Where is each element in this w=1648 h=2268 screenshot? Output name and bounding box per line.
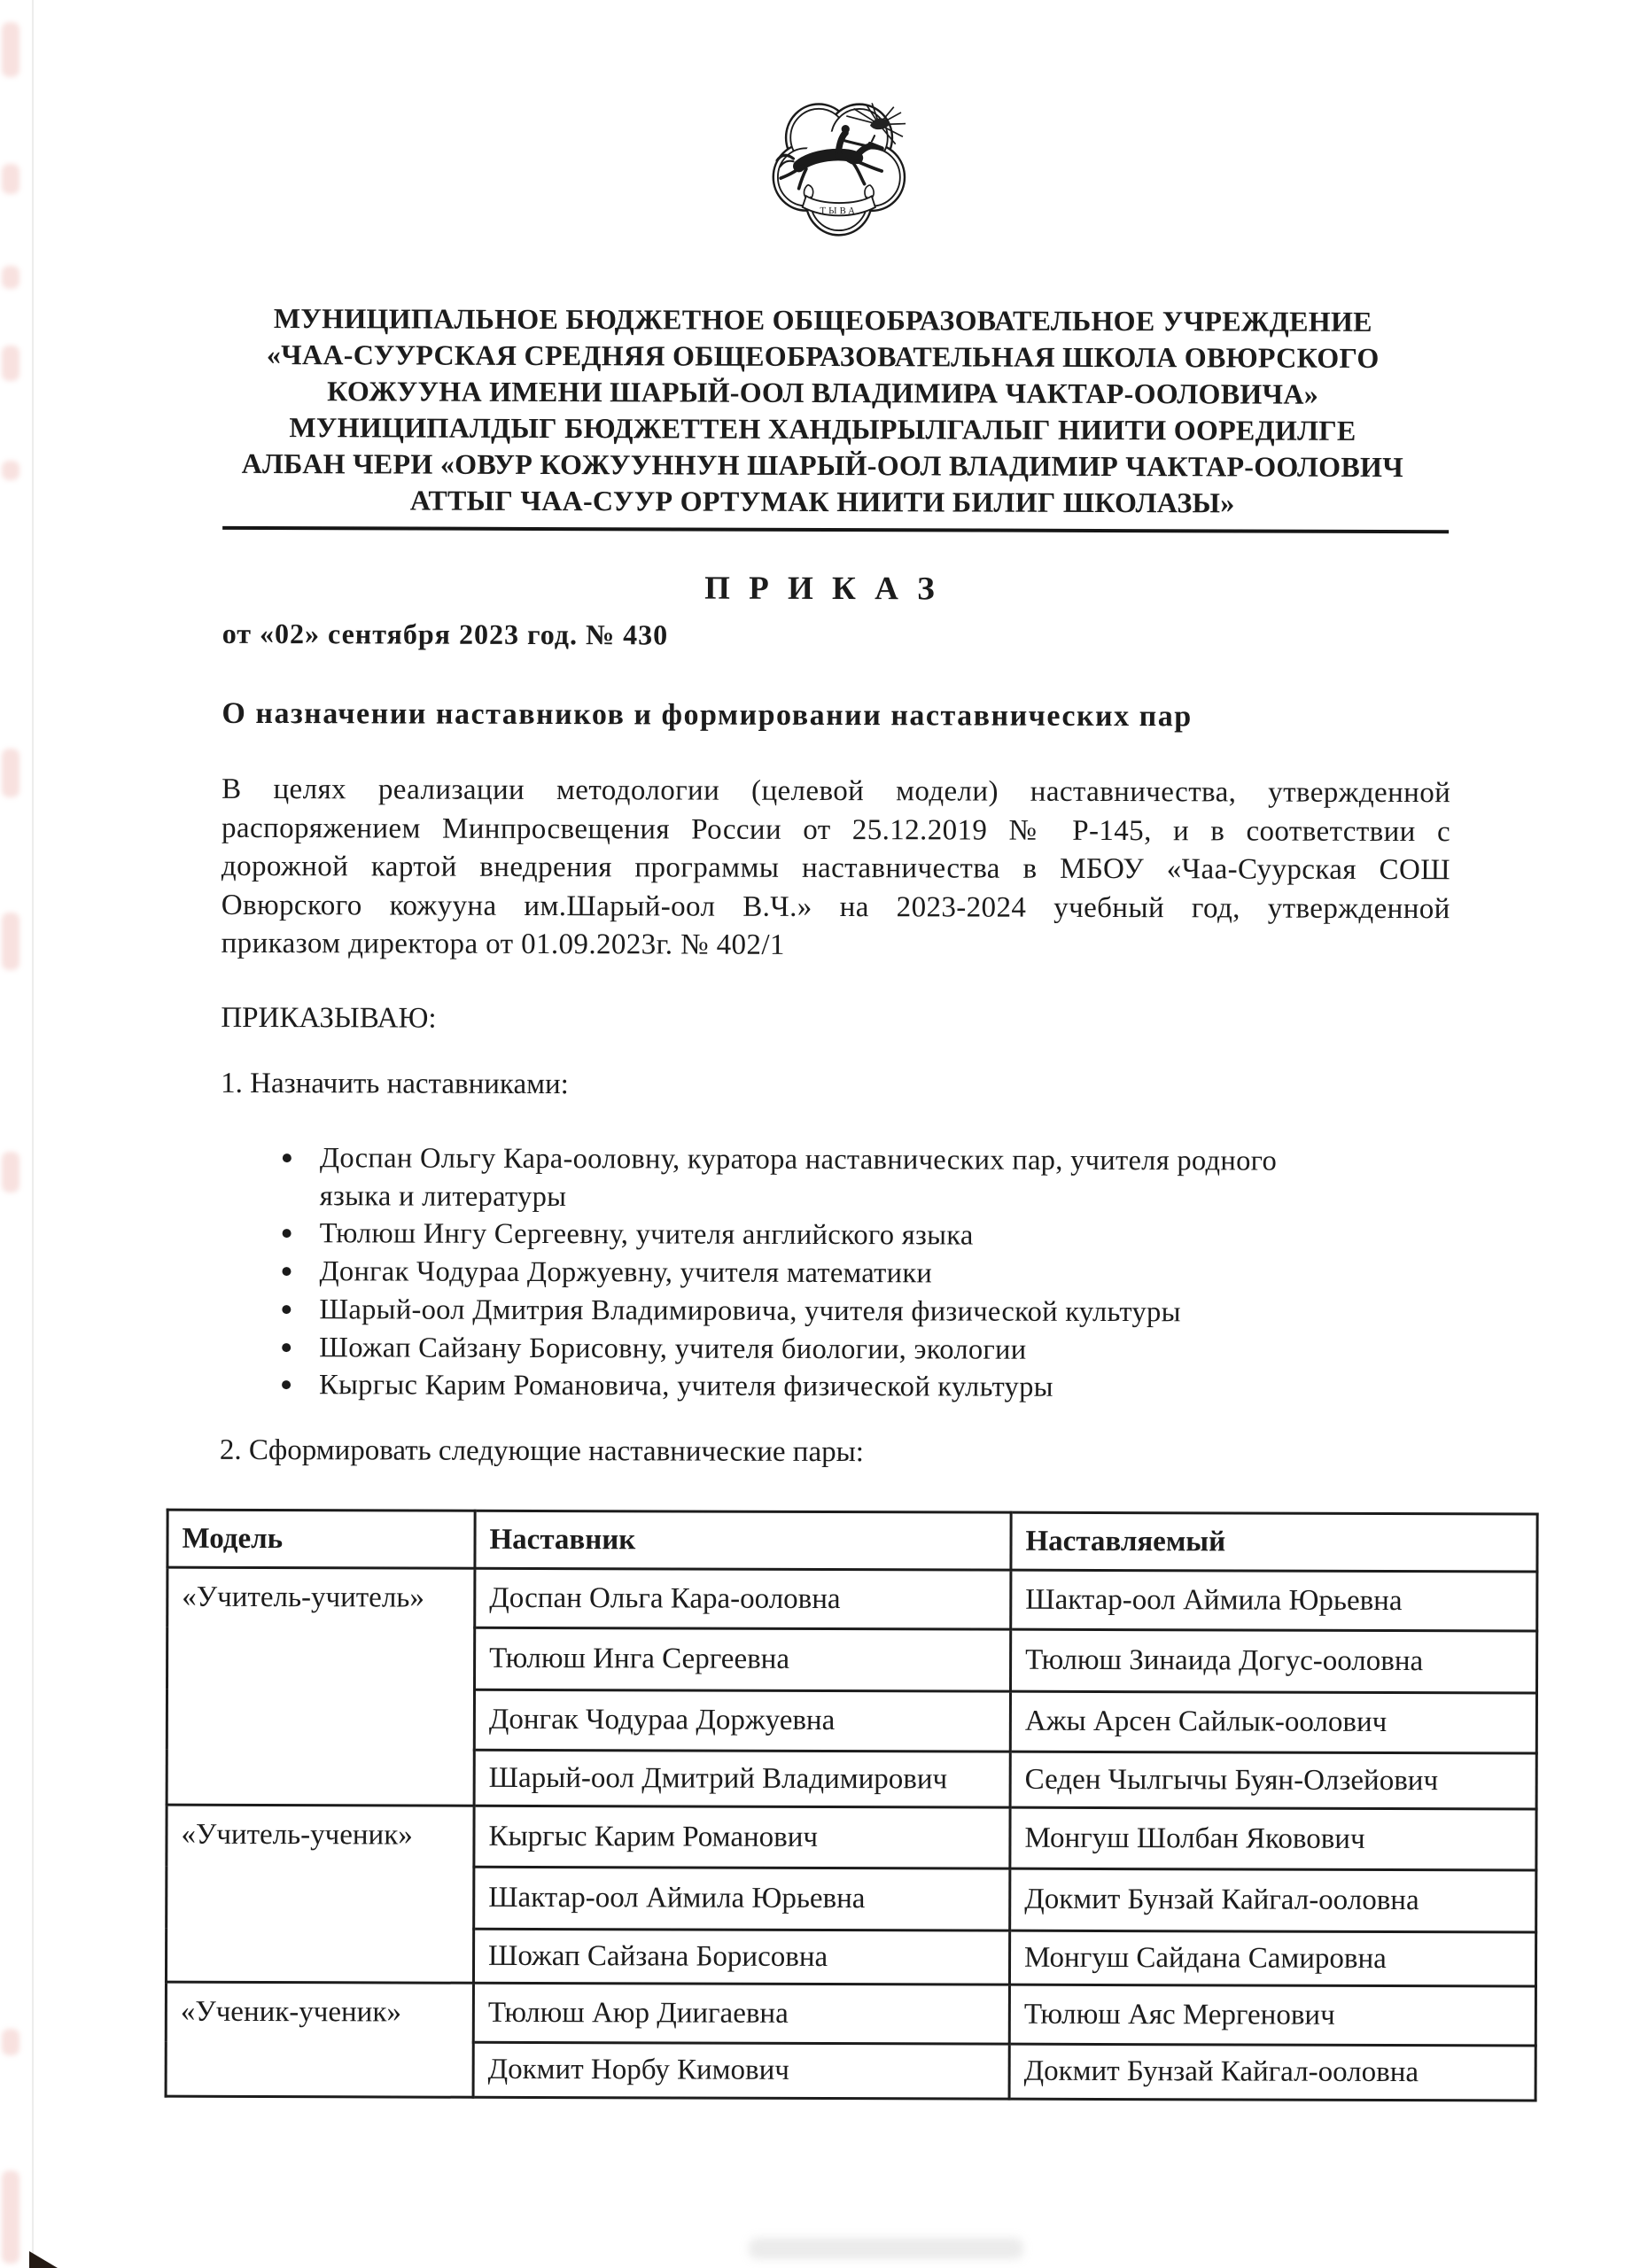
org-header-line: КОЖУУНА ИМЕНИ ШАРЫЙ-ООЛ ВЛАДИМИРА ЧАКТАР…: [159, 373, 1488, 414]
mentor-cell: Шожап Сайзана Борисовна: [473, 1929, 1009, 1984]
org-header-line: «ЧАА-СУУРСКАЯ СРЕДНЯЯ ОБЩЕОБРАЗОВАТЕЛЬНА…: [159, 337, 1488, 377]
mentor-cell: Донгак Чодураа Доржуевна: [474, 1689, 1010, 1751]
tuva-coat-of-arms: ТЫВА: [757, 99, 921, 249]
item-1-heading: 1. Назначить наставниками:: [221, 1068, 569, 1101]
mentor-item: Донгак Чодураа Доржуевну, учителя матема…: [319, 1253, 1471, 1294]
tuva-emblem-drawing: ТЫВА: [757, 99, 921, 249]
table-header-row: Модель Наставник Наставляемый: [167, 1510, 1537, 1572]
scanned-order-page: ТЫВА МУНИЦИПАЛЬНОЕ БЮДЖЕТНОЕ ОБЩЕОБРАЗОВ…: [0, 0, 1648, 2268]
mentors-list: Доспан Ольгу Кара-ооловну, куратора наст…: [319, 1139, 1472, 1408]
mentee-cell: Седен Чылгычы Буян-Олзейович: [1010, 1751, 1536, 1809]
table-row: «Ученик-ученик» Тюлюш Аюр Диигаевна Тюлю…: [166, 1982, 1535, 2046]
mentor-item: Кыргыс Карим Романовича, учителя физичес…: [319, 1366, 1471, 1408]
mentor-cell: Докмит Норбу Кимович: [473, 2042, 1009, 2099]
mentor-item: Доспан Ольгу Кара-ооловну, куратора наст…: [320, 1139, 1472, 1218]
mentor-item: Шарый-оол Дмитрия Владимировича, учителя…: [319, 1291, 1471, 1332]
date-line: от «02» сентября 2023 год. № 430: [222, 617, 669, 652]
mentee-cell: Монгуш Сайдана Самировна: [1009, 1930, 1535, 1986]
document-sheet: ТЫВА МУНИЦИПАЛЬНОЕ БЮДЖЕТНОЕ ОБЩЕОБРАЗОВ…: [0, 0, 1648, 2268]
col-header-mentor: Наставник: [475, 1511, 1011, 1570]
banner-text: ТЫВА: [820, 206, 858, 216]
col-header-model: Модель: [167, 1510, 475, 1568]
intro-line: дорожной картой внедрения программы наст…: [222, 848, 1450, 890]
intro-line: Овюрского кожууна им.Шарый-оол В.Ч.» на …: [222, 887, 1450, 929]
mentee-cell: Тюлюш Зинаида Догус-ооловна: [1011, 1629, 1537, 1693]
org-header-line: МУНИЦИПАЛДЫГ БЮДЖЕТТЕН ХАНДЫРЫЛГАЛЫГ НИИ…: [158, 409, 1487, 450]
subject-line: О назначении наставников и формировании …: [222, 697, 1192, 734]
mentee-cell: Тюлюш Аяс Мергенович: [1009, 1984, 1535, 2046]
decree-word: ПРИКАЗЫВАЮ:: [221, 1002, 436, 1036]
table-row: «Учитель-ученик» Кыргыс Карим Романович …: [167, 1805, 1536, 1870]
intro-paragraph: В целях реализации методологии (целевой …: [222, 771, 1451, 967]
col-header-mentee: Наставляемый: [1011, 1512, 1537, 1572]
mentor-cell: Шарый-оол Дмитрий Владимирович: [474, 1750, 1010, 1807]
doc-title: П Р И К А З: [0, 567, 1646, 610]
intro-line: приказом директора от 01.09.2023г. № 402…: [222, 925, 1450, 967]
mentor-item: Шожап Сайзану Борисовну, учителя биологи…: [319, 1329, 1471, 1371]
mentee-cell: Шактар-оол Аймила Юрьевна: [1011, 1570, 1537, 1631]
mentor-cell: Кыргыс Карим Романович: [474, 1806, 1010, 1868]
table-row: «Учитель-учитель» Доспан Ольга Кара-ооло…: [167, 1567, 1537, 1631]
mentee-cell: Ажы Арсен Сайлык-оолович: [1010, 1691, 1536, 1753]
org-header-line: МУНИЦИПАЛЬНОЕ БЮДЖЕТНОЕ ОБЩЕОБРАЗОВАТЕЛЬ…: [159, 300, 1488, 341]
model-cell: «Учитель-ученик»: [166, 1805, 474, 1983]
pairs-table: Модель Наставник Наставляемый «Учитель-у…: [165, 1509, 1539, 2102]
org-header: МУНИЦИПАЛЬНОЕ БЮДЖЕТНОЕ ОБЩЕОБРАЗОВАТЕЛЬ…: [158, 300, 1488, 523]
mentor-cell: Доспан Ольга Кара-ооловна: [475, 1568, 1011, 1629]
intro-line: В целях реализации методологии (целевой …: [222, 771, 1450, 813]
org-header-line: АТТЫГ ЧАА-СУУР ОРТУМАК НИИТИ БИЛИГ ШКОЛА…: [158, 482, 1487, 523]
header-divider: [222, 526, 1449, 533]
org-header-line: АЛБАН ЧЕРИ «ОВУР КОЖУУННУН ШАРЫЙ-ООЛ ВЛА…: [158, 446, 1487, 486]
mentor-cell: Тюлюш Аюр Диигаевна: [473, 1983, 1009, 2044]
mentor-cell: Шактар-оол Аймила Юрьевна: [474, 1867, 1010, 1930]
mentee-cell: Докмит Бунзай Кайгал-ооловна: [1009, 2044, 1535, 2101]
mentee-cell: Докмит Бунзай Кайгал-ооловна: [1010, 1868, 1536, 1932]
model-cell: «Учитель-учитель»: [167, 1567, 475, 1806]
mentor-item: Тюлюш Ингу Сергеевну, учителя английског…: [320, 1216, 1472, 1257]
mentee-cell: Монгуш Шолбан Яковович: [1010, 1807, 1536, 1870]
mentor-cell: Тюлюш Инга Сергеевна: [475, 1627, 1011, 1691]
model-cell: «Ученик-ученик»: [166, 1982, 473, 2097]
intro-line: распоряжением Минпросвещения России от 2…: [222, 809, 1450, 851]
item-2-heading: 2. Сформировать следующие наставнические…: [220, 1434, 864, 1469]
